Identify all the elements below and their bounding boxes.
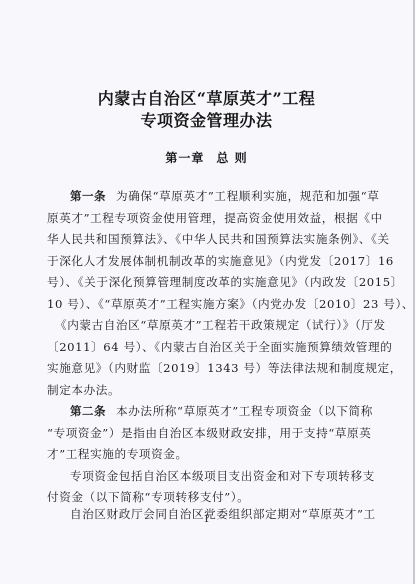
article-1-line-8: 〔2011〕64 号）、《内蒙古自治区关于全面实施预算绩效管理的	[47, 340, 363, 354]
article-1-line-4: 于深化人才发展体制机制改革的实施意见》（内党发〔2017〕16	[47, 254, 363, 268]
article-2-line-3: 才”工程实施的专项资金。	[47, 447, 363, 461]
document-page: 内蒙古自治区“草原英才”工程 专项资金管理办法 第一章总 则 第一条为确保“草原…	[0, 0, 415, 584]
article-1-line-9: 实施意见》（内财监〔2019〕1343 号）等法律法规和制度规定，	[47, 361, 363, 375]
article-text: 为确保“草原英才”工程顺利实施，规范和加强“草	[116, 189, 379, 203]
article-1-line-3: 华人民共和国预算法》、《中华人民共和国预算法实施条例》、《关	[47, 232, 363, 246]
article-2-line-2: “专项资金”）是指由自治区本级财政安排，用于支持“草原英	[47, 426, 363, 440]
chapter-name: 总 则	[216, 151, 247, 165]
article-1-line-10: 制定本办法。	[47, 383, 363, 397]
paragraph-1-line-1: 专项资金包括自治区本级项目支出资金和对下专项转移支	[70, 469, 363, 483]
document-title-line-1: 内蒙古自治区“草原英才”工程	[0, 86, 413, 109]
article-1-line-1: 第一条为确保“草原英才”工程顺利实施，规范和加强“草	[47, 189, 363, 203]
article-label: 第一条	[70, 189, 106, 203]
chapter-number: 第一章	[165, 151, 204, 165]
article-2-line-1: 第二条本办法所称“草原英才”工程专项资金（以下简称	[47, 404, 363, 418]
page-number: 1	[0, 514, 413, 525]
article-1-line-5: 号）、《关于深化预算管理制度改革的实施意见》（内政发〔2015〕	[47, 275, 363, 289]
article-1-line-2: 原英才”工程专项资金使用管理，提高资金使用效益，根据《中	[47, 211, 363, 225]
article-label: 第二条	[70, 404, 106, 418]
article-text: 本办法所称“草原英才”工程专项资金（以下简称	[116, 404, 373, 418]
document-title-line-2: 专项资金管理办法	[0, 108, 413, 131]
article-1-line-7: 《内蒙古自治区“草原英才”工程若干政策规定（试行）》（厅发	[55, 318, 363, 332]
paragraph-1-line-2: 付资金（以下简称“专项转移支付”）。	[47, 490, 363, 504]
article-1-line-6: 10 号）、《“草原英才”工程实施方案》（内党办发〔2010〕23 号）、	[47, 297, 363, 311]
chapter-heading: 第一章总 则	[0, 149, 413, 166]
